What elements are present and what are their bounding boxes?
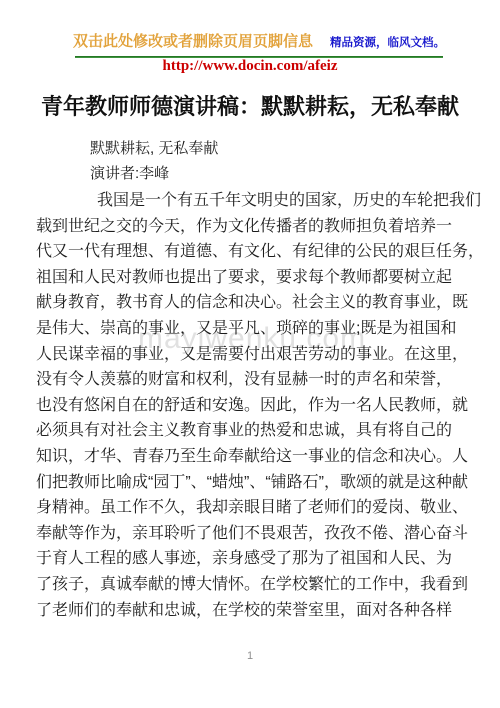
body-line: 人民谋幸福的事业，又是需要付出艰苦劳动的事业。在这里， xyxy=(36,342,468,368)
body-line: 代又一代有理想、有道德、有文化、有纪律的公民的艰巨任务， xyxy=(36,239,468,265)
page-title: 青年教师师德演讲稿：默默耕耘，无私奉献 xyxy=(0,90,500,121)
body-line: 于育人工程的感人事迹，亲身感受了那为了祖国和人民、为 xyxy=(36,546,468,572)
speech-body: 我国是一个有五千年文明史的国家，历史的车轮把我们载到世纪之交的今天，作为文化传播… xyxy=(36,188,468,623)
document-page: 双击此处修改或者删除页眉页脚信息 精品资源，临风文档。 http://www.d… xyxy=(0,0,500,708)
body-line: 必须具有对社会主义教育事业的热爱和忠诚，具有将自己的 xyxy=(36,418,468,444)
body-line: 是伟大、崇高的事业，又是平凡、琐碎的事业;既是为祖国和 xyxy=(36,316,468,342)
body-line: 祖国和人民对教师也提出了要求，要求每个教师都要树立起 xyxy=(36,265,468,291)
body-line: 了孩子，真诚奉献的博大情怀。在学校繁忙的工作中，我看到 xyxy=(36,572,468,598)
body-line: 们把教师比喻成“园丁”、“蜡烛”、“铺路石”，歌颂的就是这种献 xyxy=(36,470,468,496)
body-line: 知识，才华、青春乃至生命奉献给这一事业的信念和决心。人 xyxy=(36,444,468,470)
page-number: 1 xyxy=(0,650,500,662)
body-line: 我国是一个有五千年文明史的国家，历史的车轮把我们 xyxy=(36,188,468,214)
body-line: 没有令人羡慕的财富和权利，没有显赫一时的声名和荣誉， xyxy=(36,367,468,393)
site-url-link[interactable]: http://www.docin.com/afeiz xyxy=(0,58,500,75)
body-line: 了老师们的奉献和忠诚，在学校的荣誉室里，面对各种各样 xyxy=(36,598,468,624)
speech-subtitle: 默默耕耘, 无私奉献 xyxy=(90,137,218,158)
header-brand-note: 精品资源，临风文档。 xyxy=(330,34,445,50)
body-line: 献身教育，教书育人的信念和决心。社会主义的教育事业，既 xyxy=(36,290,468,316)
speaker-line: 演讲者:李峰 xyxy=(90,162,169,183)
header-edit-hint[interactable]: 双击此处修改或者删除页眉页脚信息 xyxy=(73,30,313,51)
body-line: 身精神。虽工作不久，我却亲眼目睹了老师们的爱岗、敬业、 xyxy=(36,495,468,521)
body-line: 载到世纪之交的今天，作为文化传播者的教师担负着培养一 xyxy=(36,214,468,240)
body-line: 也没有悠闲自在的舒适和安逸。因此，作为一名人民教师，就 xyxy=(36,393,468,419)
body-line: 奉献等作为，亲耳聆听了他们不畏艰苦，孜孜不倦、潜心奋斗 xyxy=(36,521,468,547)
